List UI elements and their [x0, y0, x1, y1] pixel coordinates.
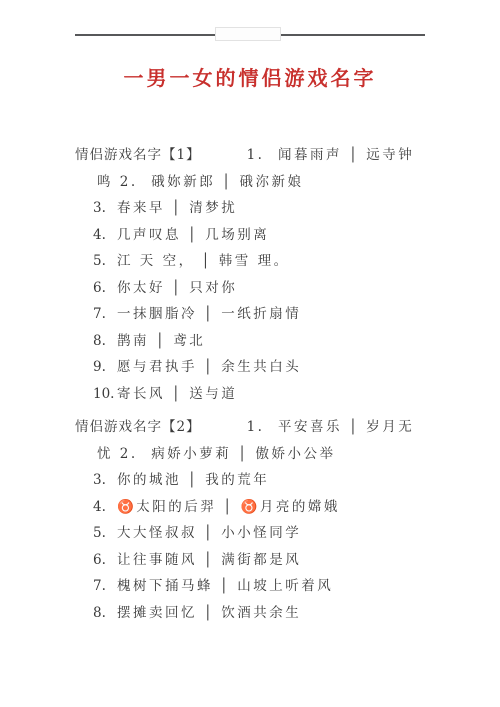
document-page: 一男一女的情侣游戏名字 情侣游戏名字【1】1. 闻暮雨声 │ 远寺钟 鸣 2. … [0, 0, 500, 707]
item-text: 几声叹息 │ 几场别离 [117, 227, 269, 243]
section-2-heading: 情侣游戏名字【2】 [75, 419, 201, 435]
list-item: 5.大大怪叔叔 │ 小小怪同学 [75, 522, 445, 549]
item-text: 鹊南 │ 鸢北 [117, 333, 205, 349]
item-number: 6. [93, 549, 117, 571]
item-number: 8. [93, 330, 117, 352]
header-field-box [215, 27, 281, 41]
section-2-wrap-line: 忧 2. 病娇小萝莉 │ 傲娇小公举 [75, 443, 445, 470]
item-number: 4. [93, 224, 117, 246]
section-1-heading: 情侣游戏名字【1】 [75, 147, 201, 163]
page-title: 一男一女的情侣游戏名字 [0, 62, 500, 91]
item-text: 让往事随风 │ 满街都是风 [117, 552, 301, 568]
section-1-wrap-line: 鸣 2. 硪妳新郎 │ 硪沵新娘 [75, 171, 445, 198]
document-content: 情侣游戏名字【1】1. 闻暮雨声 │ 远寺钟 鸣 2. 硪妳新郎 │ 硪沵新娘 … [75, 144, 445, 628]
section-2-lead-line: 情侣游戏名字【2】1. 平安喜乐 │ 岁月无 [75, 416, 445, 443]
list-item: 10.寄长风 │ 送与道 [75, 383, 445, 410]
item-number: 4. [93, 496, 117, 518]
list-item: 7.槐树下捅马蜂 │ 山坡上听着风 [75, 575, 445, 602]
item-number: 5. [93, 250, 117, 272]
item-number: 5. [93, 522, 117, 544]
item-number: 7. [93, 575, 117, 597]
item-text: 一抹胭脂冷 │ 一纸折扇情 [117, 306, 301, 322]
section-1-lead-line: 情侣游戏名字【1】1. 闻暮雨声 │ 远寺钟 [75, 144, 445, 171]
list-item: 8.鹊南 │ 鸢北 [75, 330, 445, 357]
item-number: 3. [93, 469, 117, 491]
list-item: 9.愿与君执手 │ 余生共白头 [75, 356, 445, 383]
list-item: 4.♉太阳的后羿 │ ♉月亮的嫦娥 [75, 496, 445, 523]
item-number: 8. [93, 602, 117, 624]
item-text: 愿与君执手 │ 余生共白头 [117, 359, 301, 375]
item-text: 你的城池 │ 我的荒年 [117, 472, 269, 488]
list-item: 8.摆摊卖回忆 │ 饮酒共余生 [75, 602, 445, 629]
item-number: 3. [93, 197, 117, 219]
item-text: ♉太阳的后羿 │ ♉月亮的嫦娥 [117, 499, 340, 515]
item-number: 10. [93, 383, 117, 405]
item-text: 槐树下捅马蜂 │ 山坡上听着风 [117, 578, 333, 594]
list-item: 3.你的城池 │ 我的荒年 [75, 469, 445, 496]
list-item: 6.让往事随风 │ 满街都是风 [75, 549, 445, 576]
item-text: 大大怪叔叔 │ 小小怪同学 [117, 525, 301, 541]
item-number: 6. [93, 277, 117, 299]
section-2-item-1: 1. 平安喜乐 │ 岁月无 [247, 419, 415, 435]
item-text: 春来早 │ 清梦扰 [117, 200, 237, 216]
item-number: 9. [93, 356, 117, 378]
section-1-item-1: 1. 闻暮雨声 │ 远寺钟 [247, 147, 415, 163]
list-item: 6.你太好 │ 只对你 [75, 277, 445, 304]
list-item: 7.一抹胭脂冷 │ 一纸折扇情 [75, 303, 445, 330]
list-item: 4.几声叹息 │ 几场别离 [75, 224, 445, 251]
item-text: 你太好 │ 只对你 [117, 280, 237, 296]
item-number: 7. [93, 303, 117, 325]
item-text: 摆摊卖回忆 │ 饮酒共余生 [117, 605, 301, 621]
list-item: 3.春来早 │ 清梦扰 [75, 197, 445, 224]
item-text: 寄长风 │ 送与道 [117, 386, 237, 402]
list-item: 5.江 天 空， │ 韩雪 理。 [75, 250, 445, 277]
item-text: 江 天 空， │ 韩雪 理。 [117, 253, 290, 269]
